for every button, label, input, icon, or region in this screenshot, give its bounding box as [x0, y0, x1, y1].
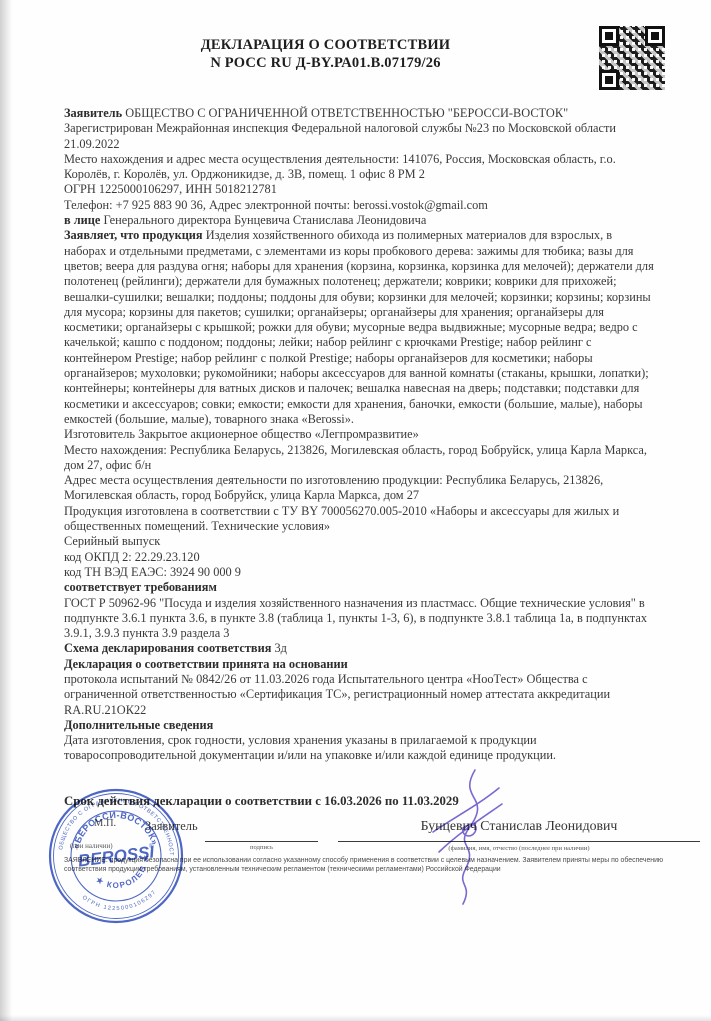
signature-line	[205, 841, 318, 842]
paragraph: Телефон: +7 925 883 90 36, Адрес электро…	[64, 198, 654, 213]
body-paragraphs: Заявитель ОБЩЕСТВО С ОГРАНИЧЕННОЙ ОТВЕТС…	[64, 106, 654, 764]
paragraph: ОГРН 1225000106297, ИНН 5018212781	[64, 182, 654, 197]
paragraph: протокола испытаний № 0842/26 от 11.03.2…	[64, 672, 654, 718]
qr-finder-icon	[599, 70, 619, 90]
declaration-document: ДЕКЛАРАЦИЯ О СООТВЕТСТВИИ N РОСС RU Д-BY…	[0, 0, 711, 1021]
paragraph: Место нахождения: Республика Беларусь, 2…	[64, 443, 654, 474]
paragraph: Серийный выпуск	[64, 534, 654, 549]
company-stamp: ОБЩЕСТВО С ОГРАНИЧЕННОЙ ОТВЕТСТВЕННОСТЬЮ…	[46, 786, 186, 926]
paragraph: Заявитель ОБЩЕСТВО С ОГРАНИЧЕННОЙ ОТВЕТС…	[64, 106, 654, 121]
title-line-1: ДЕКЛАРАЦИЯ О СООТВЕТСТВИИ	[0, 36, 651, 54]
paragraph: в лице Генерального директора Бунцевича …	[64, 213, 654, 228]
signature-caption: подпись	[205, 844, 318, 851]
svg-text:ОБЩЕСТВО С ОГРАНИЧЕННОЙ ОТВЕТС: ОБЩЕСТВО С ОГРАНИЧЕННОЙ ОТВЕТСТВЕННОСТЬЮ	[46, 786, 174, 856]
paragraph: Место нахождения и адрес места осуществл…	[64, 152, 654, 183]
document-title: ДЕКЛАРАЦИЯ О СООТВЕТСТВИИ N РОСС RU Д-BY…	[0, 36, 651, 72]
stamp-registered-icon: ®	[149, 843, 154, 850]
paragraph: Зарегистрирован Межрайонная инспекция Фе…	[64, 121, 654, 152]
paragraph: Дата изготовления, срок годности, услови…	[64, 733, 654, 764]
signature-ink	[405, 766, 525, 908]
title-line-2: N РОСС RU Д-BY.РА01.В.07179/26	[0, 54, 651, 72]
qr-finder-icon	[599, 26, 619, 46]
paragraph: код ТН ВЭД ЕАЭС: 3924 90 000 9	[64, 565, 654, 580]
paragraph: Дополнительные сведения	[64, 718, 654, 733]
paragraph: Адрес места осуществления деятельности п…	[64, 473, 654, 504]
qr-code	[599, 26, 665, 90]
paragraph: Декларация о соответствии принята на осн…	[64, 657, 654, 672]
paragraph: ГОСТ Р 50962-96 "Посуда и изделия хозяйс…	[64, 596, 654, 642]
paragraph: Продукция изготовлена в соответствии с Т…	[64, 504, 654, 535]
paragraph: Изготовитель Закрытое акционерное общест…	[64, 427, 654, 442]
paragraph: Схема декларирования соответствия 3д	[64, 641, 654, 656]
paragraph: код ОКПД 2: 22.29.23.120	[64, 550, 654, 565]
paragraph: соответствует требованиям	[64, 580, 654, 595]
qr-finder-icon	[645, 26, 665, 46]
paragraph: Заявляет, что продукция Изделия хозяйств…	[64, 228, 654, 427]
stamp-ring-top-text: ОБЩЕСТВО С ОГРАНИЧЕННОЙ ОТВЕТСТВЕННОСТЬЮ	[46, 786, 174, 856]
